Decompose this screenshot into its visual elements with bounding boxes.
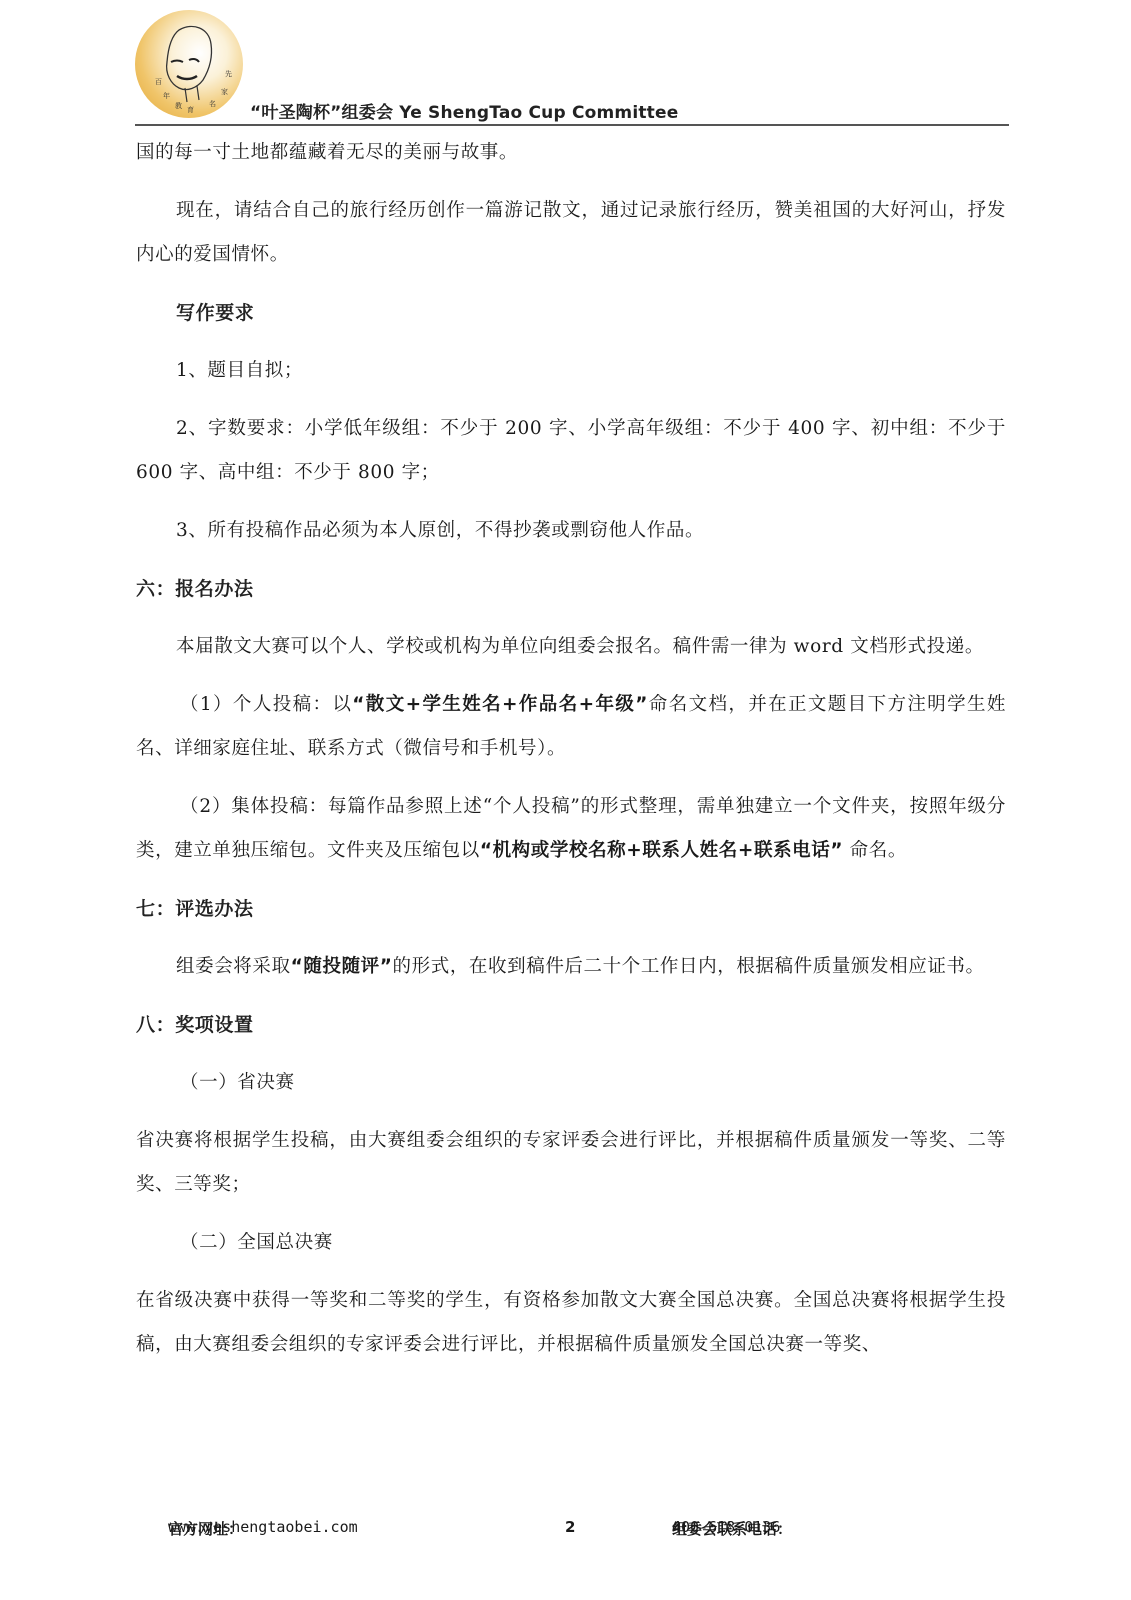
header-title: “叶圣陶杯”组委会 Ye ShengTao Cup Committee — [250, 98, 678, 123]
group-submission: （2）集体投稿：每篇作品参照上述“个人投稿”的形式整理，需单独建立一个文件夹，按… — [136, 785, 1006, 873]
emphasis-text: “散文+学生姓名+作品名+年级” — [352, 694, 648, 715]
page-header: 百 年 教 育 名 家 先 “叶圣陶杯”组委会 Ye ShengTao Cup … — [0, 0, 1131, 130]
requirement-item: 2、字数要求：小学低年级组：不少于 200 字、小学高年级组：不少于 400 字… — [136, 407, 1006, 495]
portrait-medallion-icon: 百 年 教 育 名 家 先 — [135, 10, 243, 118]
paragraph: 现在，请结合自己的旅行经历创作一篇游记散文，通过记录旅行经历，赞美祖国的大好河山… — [136, 189, 1006, 277]
page-footer: 官方网址：www.yeshengtaobei.com 2 组委会联系电话：400… — [0, 1518, 1131, 1548]
paragraph: 省决赛将根据学生投稿，由大赛组委会组织的专家评委会进行评比，并根据稿件质量颁发一… — [136, 1119, 1006, 1207]
svg-text:名: 名 — [209, 99, 216, 108]
emphasis-text: “随投随评” — [291, 956, 393, 977]
individual-submission: （1）个人投稿：以“散文+学生姓名+作品名+年级”命名文档，并在正文题目下方注明… — [136, 683, 1006, 771]
svg-text:年: 年 — [163, 91, 170, 100]
section-title-awards: 八：奖项设置 — [136, 1003, 1006, 1047]
svg-text:百: 百 — [155, 78, 162, 86]
paragraph: 本届散文大赛可以个人、学校或机构为单位向组委会报名。稿件需一律为 word 文档… — [136, 625, 1006, 669]
svg-text:育: 育 — [187, 105, 194, 114]
page-number: 2 — [565, 1518, 575, 1536]
section-subtitle-writing-requirements: 写作要求 — [136, 291, 1006, 335]
paragraph: 国的每一寸土地都蕴藏着无尽的美丽与故事。 — [136, 131, 1006, 175]
text: 组委会将采取 — [176, 956, 291, 977]
section-title-registration: 六：报名办法 — [136, 567, 1006, 611]
text: 命名。 — [843, 840, 907, 861]
website-url[interactable]: www.yeshengtaobei.com — [168, 1518, 358, 1536]
text: 的形式，在收到稿件后二十个工作日内，根据稿件质量颁发相应证书。 — [393, 956, 985, 977]
svg-text:家: 家 — [221, 87, 228, 96]
document-body: 国的每一寸土地都蕴藏着无尽的美丽与故事。 现在，请结合自己的旅行经历创作一篇游记… — [136, 131, 1006, 1381]
paragraph: 在省级决赛中获得一等奖和二等奖的学生，有资格参加散文大赛全国总决赛。全国总决赛将… — [136, 1279, 1006, 1367]
text: （1）个人投稿：以 — [180, 694, 352, 715]
subsection-provincial: （一）省决赛 — [136, 1061, 1006, 1105]
paragraph: 组委会将采取“随投随评”的形式，在收到稿件后二十个工作日内，根据稿件质量颁发相应… — [136, 945, 1006, 989]
requirement-item: 1、题目自拟； — [136, 349, 1006, 393]
header-divider — [135, 124, 1009, 126]
emphasis-text: “机构或学校名称+联系人姓名+联系电话” — [480, 840, 843, 861]
svg-text:先: 先 — [225, 69, 232, 78]
requirement-item: 3、所有投稿作品必须为本人原创，不得抄袭或剽窃他人作品。 — [136, 509, 1006, 553]
svg-text:教: 教 — [175, 101, 182, 110]
subsection-national: （二）全国总决赛 — [136, 1221, 1006, 1265]
phone-number: 400-618-0136 — [672, 1518, 780, 1536]
section-title-evaluation: 七：评选办法 — [136, 887, 1006, 931]
